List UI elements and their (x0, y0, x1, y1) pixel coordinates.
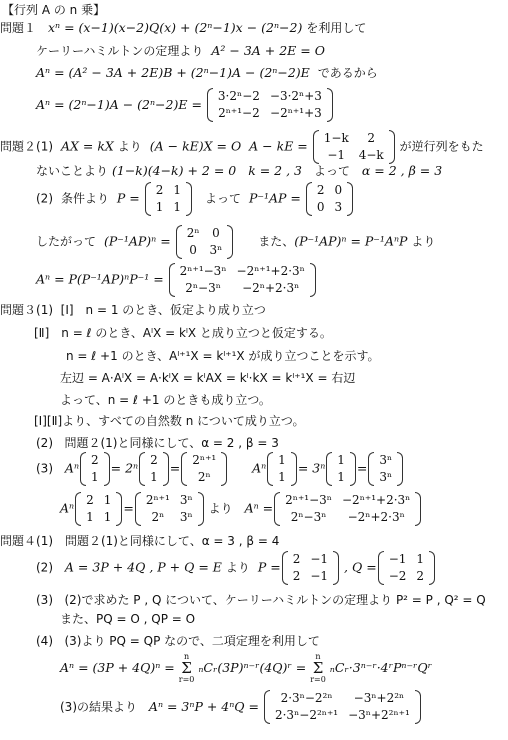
q2-matrix-P: 21 11 (145, 182, 192, 216)
q2-text: より (118, 140, 142, 154)
q4-eq: , Q = (344, 560, 377, 575)
q4-matrix-Q: −11−22 (378, 551, 435, 585)
q3-text: よって、n = ℓ +1 のときも成り立つ。 (60, 392, 271, 408)
q2-matrix-D: 20 03 (306, 182, 353, 216)
q4-eq: P = (258, 560, 281, 575)
q4-text: (2)で求めた P , Q について、ケーリーハミルトンの定理より P² = P… (64, 593, 485, 607)
q1-cayley-text: ケーリーハミルトンの定理より (36, 44, 203, 58)
q3-eq: = 2ⁿ (111, 461, 138, 476)
q1-cayley-eq: A² − 3A + 2E = O (211, 43, 325, 58)
q3-vector: 11 (326, 452, 356, 486)
q2-eq: A − kE = (249, 139, 308, 154)
q3-eq: Aⁿ = (245, 501, 274, 516)
q3-vector: 21 (139, 452, 169, 486)
problem-3-label: 問題３ (0, 303, 36, 317)
equals: = (123, 501, 133, 516)
q3-eq: Aⁿ (252, 461, 266, 476)
q2-eq: P = (117, 191, 140, 206)
q3-text: n = ℓ +1 のとき、Aˡ⁺¹X = kˡ⁺¹X が成り立つことを示す。 (66, 348, 380, 364)
q3-vector: 11 (267, 452, 297, 486)
q3-vector: 2ⁿ⁺¹2ⁿ (181, 452, 227, 486)
q3-text: [Ⅰ][Ⅱ]より、すべての自然数 n について成り立つ。 (34, 413, 304, 429)
problem-2-label: 問題２ (0, 140, 36, 154)
q2-eq: k = 2 , 3 (248, 163, 302, 178)
q4-eq: Aⁿ = 3ⁿP + 4ⁿQ = (149, 699, 259, 714)
q4-part-4: (4) (36, 634, 53, 648)
q2-result-matrix: 2ⁿ⁺¹−3ⁿ−2ⁿ⁺¹+2·3ⁿ 2ⁿ−3ⁿ−2ⁿ+2·3ⁿ (169, 263, 316, 297)
q2-text: が逆行列をもた (400, 140, 484, 154)
q4-part-1: (1) (36, 534, 53, 548)
sigma-symbol: nΣr=0 (310, 652, 326, 684)
q2-eq: P⁻¹AP = (249, 191, 301, 206)
q3-text: [Ⅰ] n = 1 のとき、仮定より成り立つ (61, 303, 266, 317)
q3-vector: 3ⁿ3ⁿ (368, 452, 403, 486)
q2-eq: α = 2 , β = 3 (362, 163, 442, 178)
q3-text: 問題２(1)と同様にして、α = 2 , β = 3 (64, 436, 278, 450)
q3-vector: 21 (80, 452, 110, 486)
q2-eq: (1−k)(4−k) + 2 = 0 (112, 163, 236, 178)
q3-eq: Aⁿ (60, 501, 74, 516)
q4-eq: ₙCᵣ·3ⁿ⁻ʳ·4ʳPⁿ⁻ʳQʳ (330, 660, 432, 675)
q1-result-matrix: 3·2ⁿ−2−3·2ⁿ+3 2ⁿ⁺¹−2−2ⁿ⁺¹+3 (207, 88, 333, 122)
q4-matrix-P: 2−12−1 (282, 551, 339, 585)
page-title: 【行列 A の n 乗】 (2, 2, 105, 18)
q4-text: また、PQ = O , QP = O (60, 611, 195, 627)
q1-result-eq: Aⁿ = (2ⁿ−1)A − (2ⁿ−2)E = (36, 97, 202, 112)
q1-since-text: であるから (318, 66, 378, 80)
q2-part-1: (1) (36, 140, 53, 154)
q3-text: より (209, 502, 233, 516)
q2-matrix-Dn: 2ⁿ0 03ⁿ (176, 225, 234, 259)
q4-text: (3)より PQ = QP なので、二項定理を利用して (64, 634, 319, 648)
q4-text: 問題２(1)と同様にして、α = 3 , β = 4 (65, 534, 279, 548)
q4-text: より (226, 561, 250, 575)
q3-result-matrix: 2ⁿ⁺¹−3ⁿ−2ⁿ⁺¹+2·3ⁿ2ⁿ−3ⁿ−2ⁿ+2·3ⁿ (274, 492, 421, 526)
q2-part-2: (2) (36, 192, 53, 206)
q2-eq: AX = kX (61, 139, 114, 154)
q3-matrix: 2111 (75, 492, 122, 526)
q4-eq: Aⁿ = (3P + 4Q)ⁿ = (60, 660, 175, 675)
q3-text: [Ⅱ] n = ℓ のとき、AˡX = kˡX と成り立つと仮定する。 (34, 325, 332, 341)
q4-text: (3)の結果より (60, 700, 137, 714)
q2-text: よって (205, 192, 241, 206)
q3-eq: = 3ⁿ (298, 461, 325, 476)
q3-part-1: (1) (36, 303, 53, 317)
q2-text: より (411, 235, 435, 249)
q3-part-3: (3) (36, 462, 53, 476)
q1-formula: xⁿ = (x−1)(x−2)Q(x) + (2ⁿ−1)x − (2ⁿ−2) (48, 20, 302, 35)
equals: = (170, 461, 180, 476)
q2-eq: (P⁻¹AP)ⁿ = P⁻¹AⁿP (294, 234, 407, 249)
q2-text: 条件より (61, 192, 109, 206)
q3-part-2: (2) (36, 436, 53, 450)
q1-division-eq: Aⁿ = (A² − 3A + 2E)B + (2ⁿ−1)A − (2ⁿ−2)E (36, 65, 310, 80)
q2-text: ないことより (36, 164, 108, 178)
q2-text: また、 (258, 235, 294, 249)
q4-result-matrix: 2·3ⁿ−2²ⁿ−3ⁿ+2²ⁿ2·3ⁿ−2²ⁿ⁺¹−3ⁿ+2²ⁿ⁺¹ (264, 690, 421, 724)
problem-4-label: 問題４ (0, 534, 36, 548)
problem-1-label: 問題１ (0, 20, 36, 36)
q3-eq: Aⁿ (65, 461, 79, 476)
q2-matrix: 1−k2 −14−k (313, 130, 395, 164)
equals: = (357, 461, 367, 476)
sigma-symbol: nΣr=0 (179, 652, 195, 684)
q1-text: を利用して (306, 21, 366, 35)
q4-eq: ₙCᵣ(3P)ⁿ⁻ʳ(4Q)ʳ = (198, 660, 306, 675)
q4-eq: A = 3P + 4Q , P + Q = E (65, 560, 222, 575)
q3-matrix: 2ⁿ⁺¹3ⁿ2ⁿ3ⁿ (135, 492, 204, 526)
q4-part-2: (2) (36, 561, 53, 575)
q3-text: 左辺 = A·AˡX = A·kˡX = kˡAX = kˡ·kX = kˡ⁺¹… (60, 370, 355, 386)
q2-eq: Aⁿ = P(P⁻¹AP)ⁿP⁻¹ = (36, 272, 164, 287)
q2-text: したがって (36, 235, 96, 249)
q2-eq: (P⁻¹AP)ⁿ = (104, 234, 171, 249)
q4-part-3: (3) (36, 593, 53, 607)
q2-eq: (A − kE)X = O (150, 139, 241, 154)
q2-text: よって (314, 164, 350, 178)
